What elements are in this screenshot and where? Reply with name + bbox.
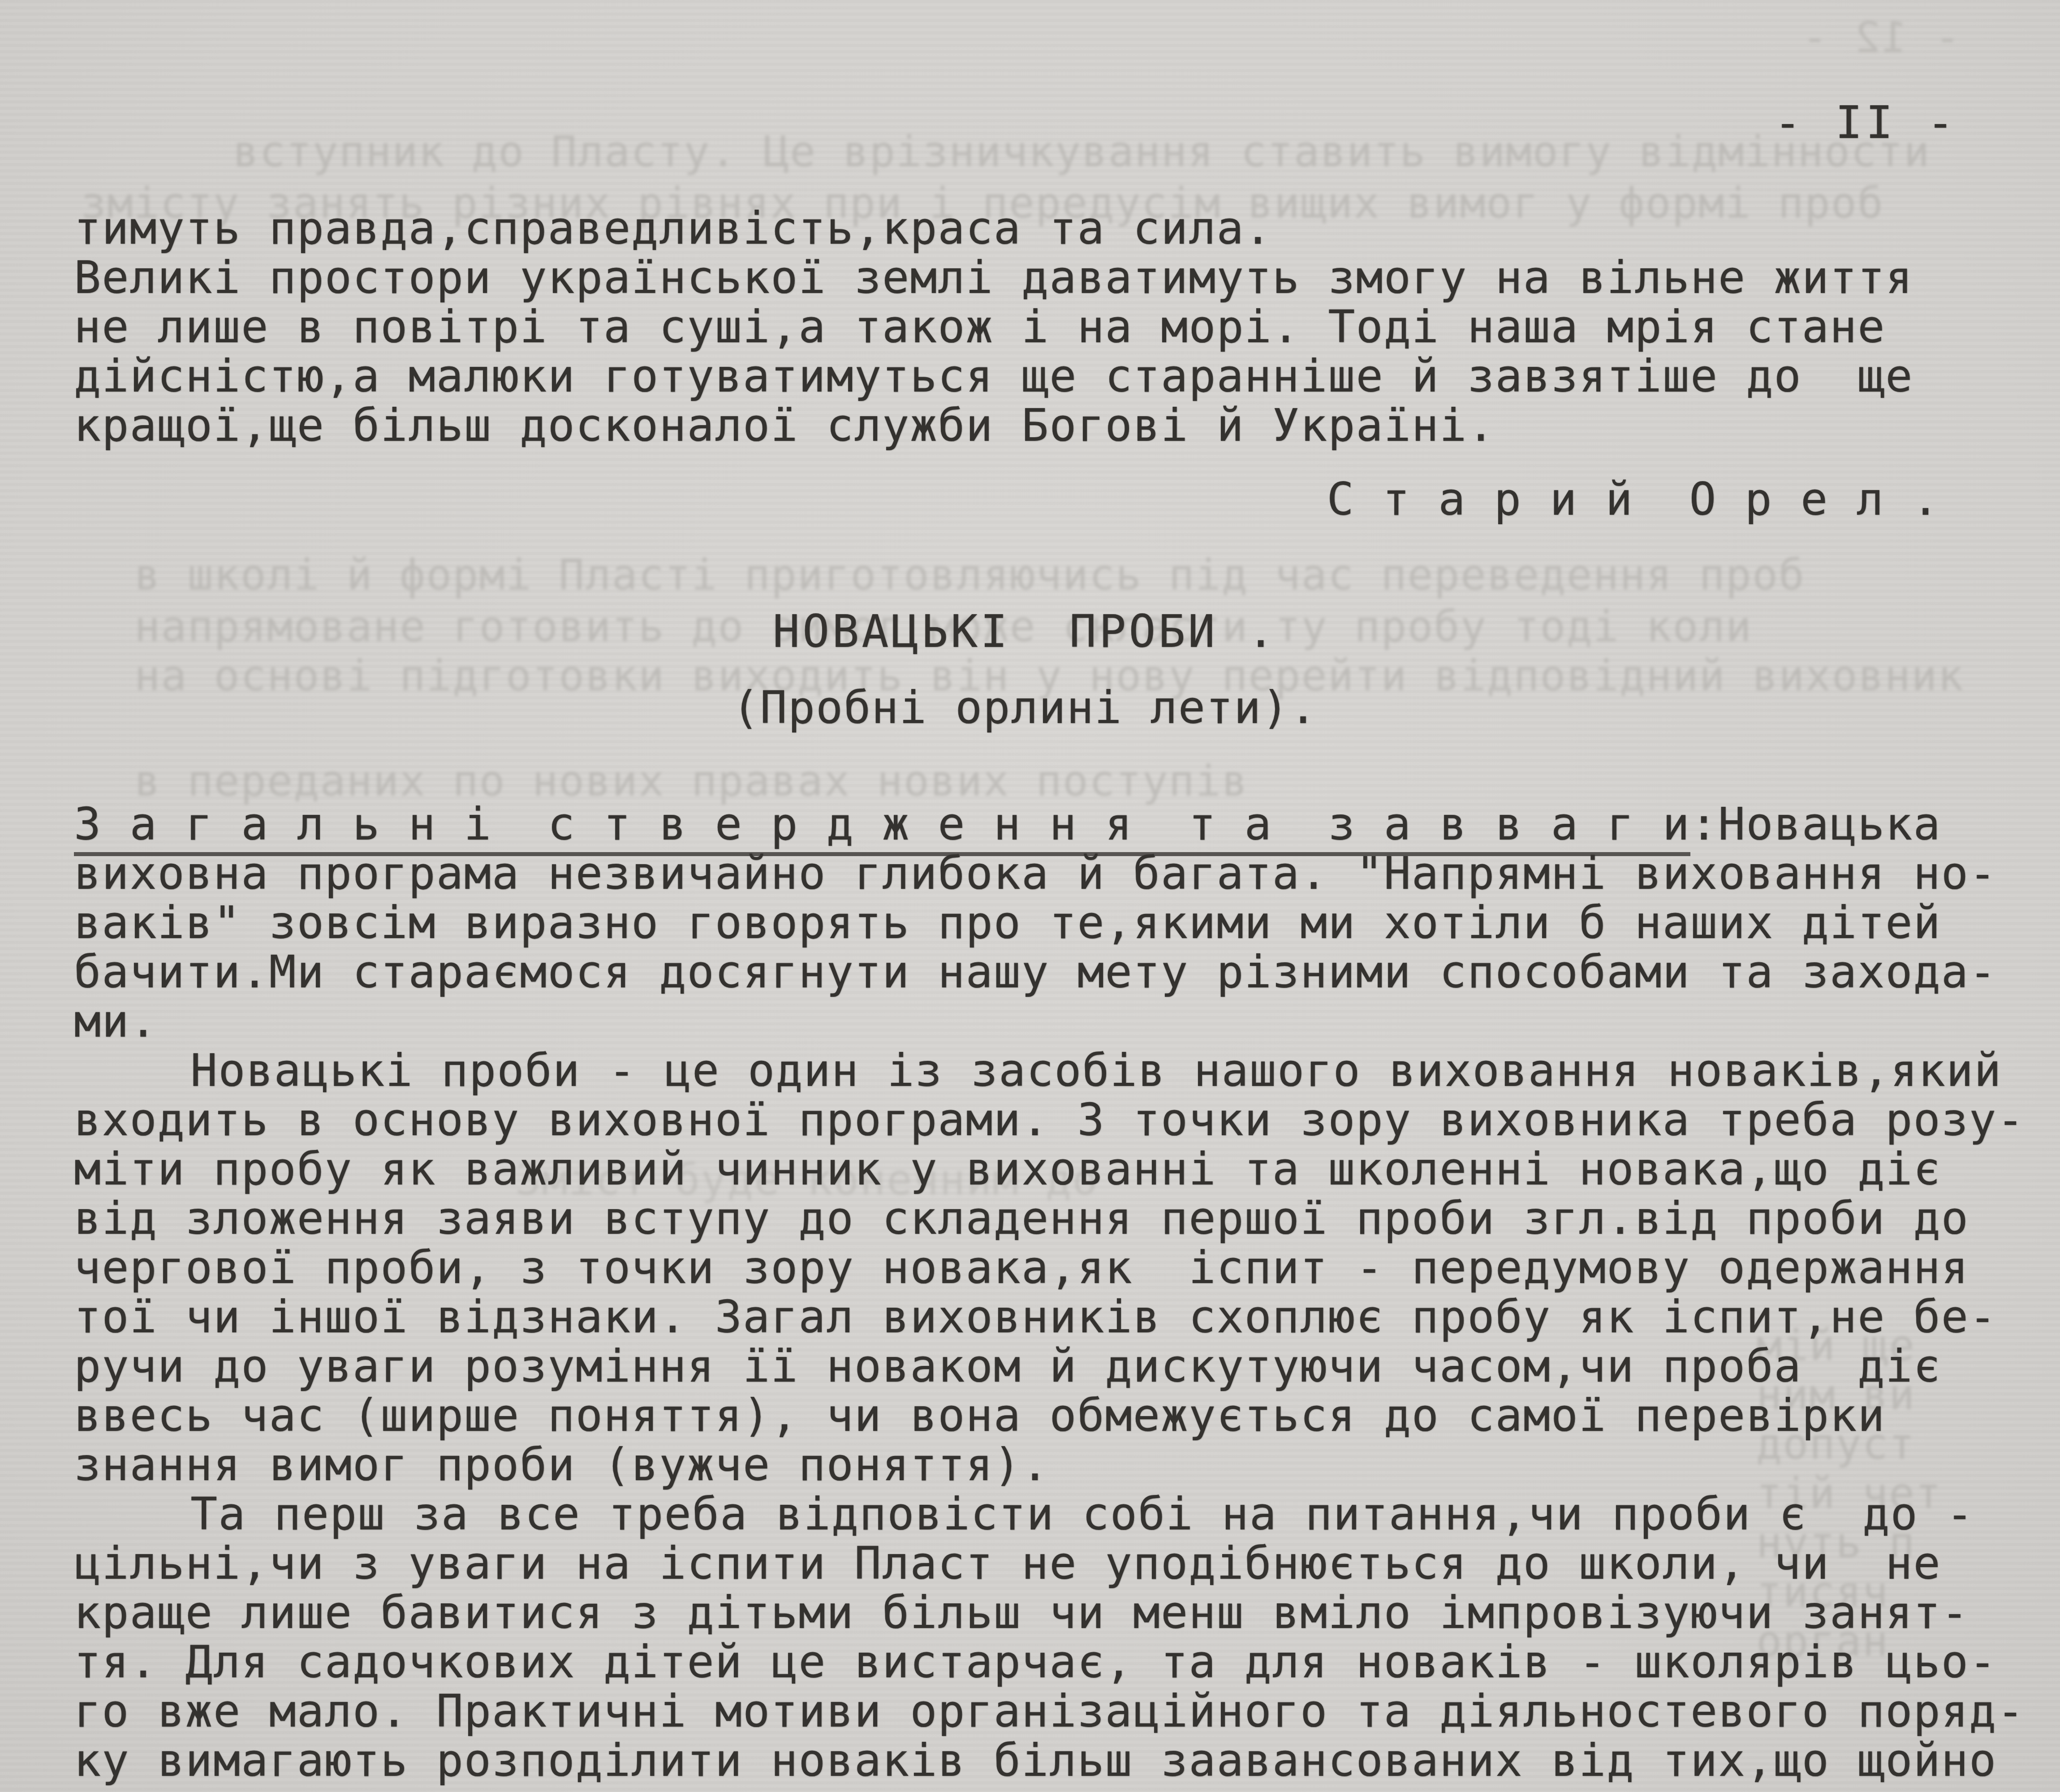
text-line: не лише в повітрі та суші,а також і на м… bbox=[74, 302, 1976, 352]
text-line: входить в основу виховної програми. З то… bbox=[74, 1095, 1976, 1145]
text-line: цільні,чи з уваги на іспити Пласт не упо… bbox=[74, 1539, 1976, 1588]
text-line: дійсністю,а малюки готуватимуться ще ста… bbox=[74, 352, 1976, 401]
section-heading-continuation: :Новацька bbox=[1690, 798, 1941, 850]
text-line: знання вимог проби (вужче поняття). bbox=[74, 1440, 1976, 1490]
text-line: ручи до уваги розуміння її новаком й дис… bbox=[74, 1342, 1976, 1391]
text-line: тя. Для садочкових дітей це вистарчає, т… bbox=[74, 1637, 1976, 1687]
text-line: чергової проби, з точки зору новака,як і… bbox=[74, 1243, 1976, 1292]
text-line: Новацькі проби - це один із засобів нашо… bbox=[74, 1046, 1976, 1095]
author-signature: С т а р и й О р е л . bbox=[74, 475, 1976, 524]
text-line: кращої,ще більш досконалої служби Богові… bbox=[74, 401, 1976, 450]
article-title: НОВАЦЬКІ ПРОБИ . bbox=[74, 607, 1976, 656]
text-line: міти пробу як важливий чинник у вихованн… bbox=[74, 1145, 1976, 1194]
text-line: ваків" зовсім виразно говорять про те,як… bbox=[74, 898, 1976, 948]
bleedthrough-line: вступник до Пласту. Це врізничкування ст… bbox=[233, 128, 1930, 176]
section-general-statements: З а г а л ь н і с т в е р д ж е н н я т … bbox=[74, 800, 1976, 1046]
text-line: ми. bbox=[74, 997, 1976, 1046]
article-subtitle: (Пробні орлині лети). bbox=[74, 683, 1976, 732]
text-line: тої чи іншої відзнаки. Загал виховників … bbox=[74, 1292, 1976, 1342]
text-line: ввесь час (ширше поняття), чи вона обмеж… bbox=[74, 1391, 1976, 1440]
text-line: Та перш за все треба відповісти собі на … bbox=[74, 1490, 1976, 1539]
text-line: бачити.Ми стараємося досягнути нашу мету… bbox=[74, 948, 1976, 997]
section-heading-line: З а г а л ь н і с т в е р д ж е н н я т … bbox=[74, 800, 1976, 849]
text-line: від зложення заяви вступу до складення п… bbox=[74, 1194, 1976, 1243]
paragraph-proby-definition: Новацькі проби - це один із засобів нашо… bbox=[74, 1046, 1976, 1490]
text-line: виховна програма незвичайно глибока й ба… bbox=[74, 849, 1976, 898]
page-number: - II - bbox=[1774, 96, 1957, 149]
paragraph-expediency: Та перш за все треба відповісти собі на … bbox=[74, 1490, 1976, 1785]
text-line: го вже мало. Практичні мотиви організаці… bbox=[74, 1687, 1976, 1736]
text-line: тимуть правда,справедливість,краса та си… bbox=[74, 204, 1976, 253]
bleedthrough-line: - 12 - bbox=[1801, 13, 1960, 62]
text-line: краще лише бавитися з дітьми більш чи ме… bbox=[74, 1588, 1976, 1637]
text-line: ку вимагають розподілити новаків більш з… bbox=[74, 1736, 1976, 1785]
text-line: Великі простори української землі давати… bbox=[74, 253, 1976, 302]
document-page: - 12 - вступник до Пласту. Це врізничкув… bbox=[0, 0, 2060, 1792]
paragraph-conclusion: тимуть правда,справедливість,краса та си… bbox=[74, 204, 1976, 450]
